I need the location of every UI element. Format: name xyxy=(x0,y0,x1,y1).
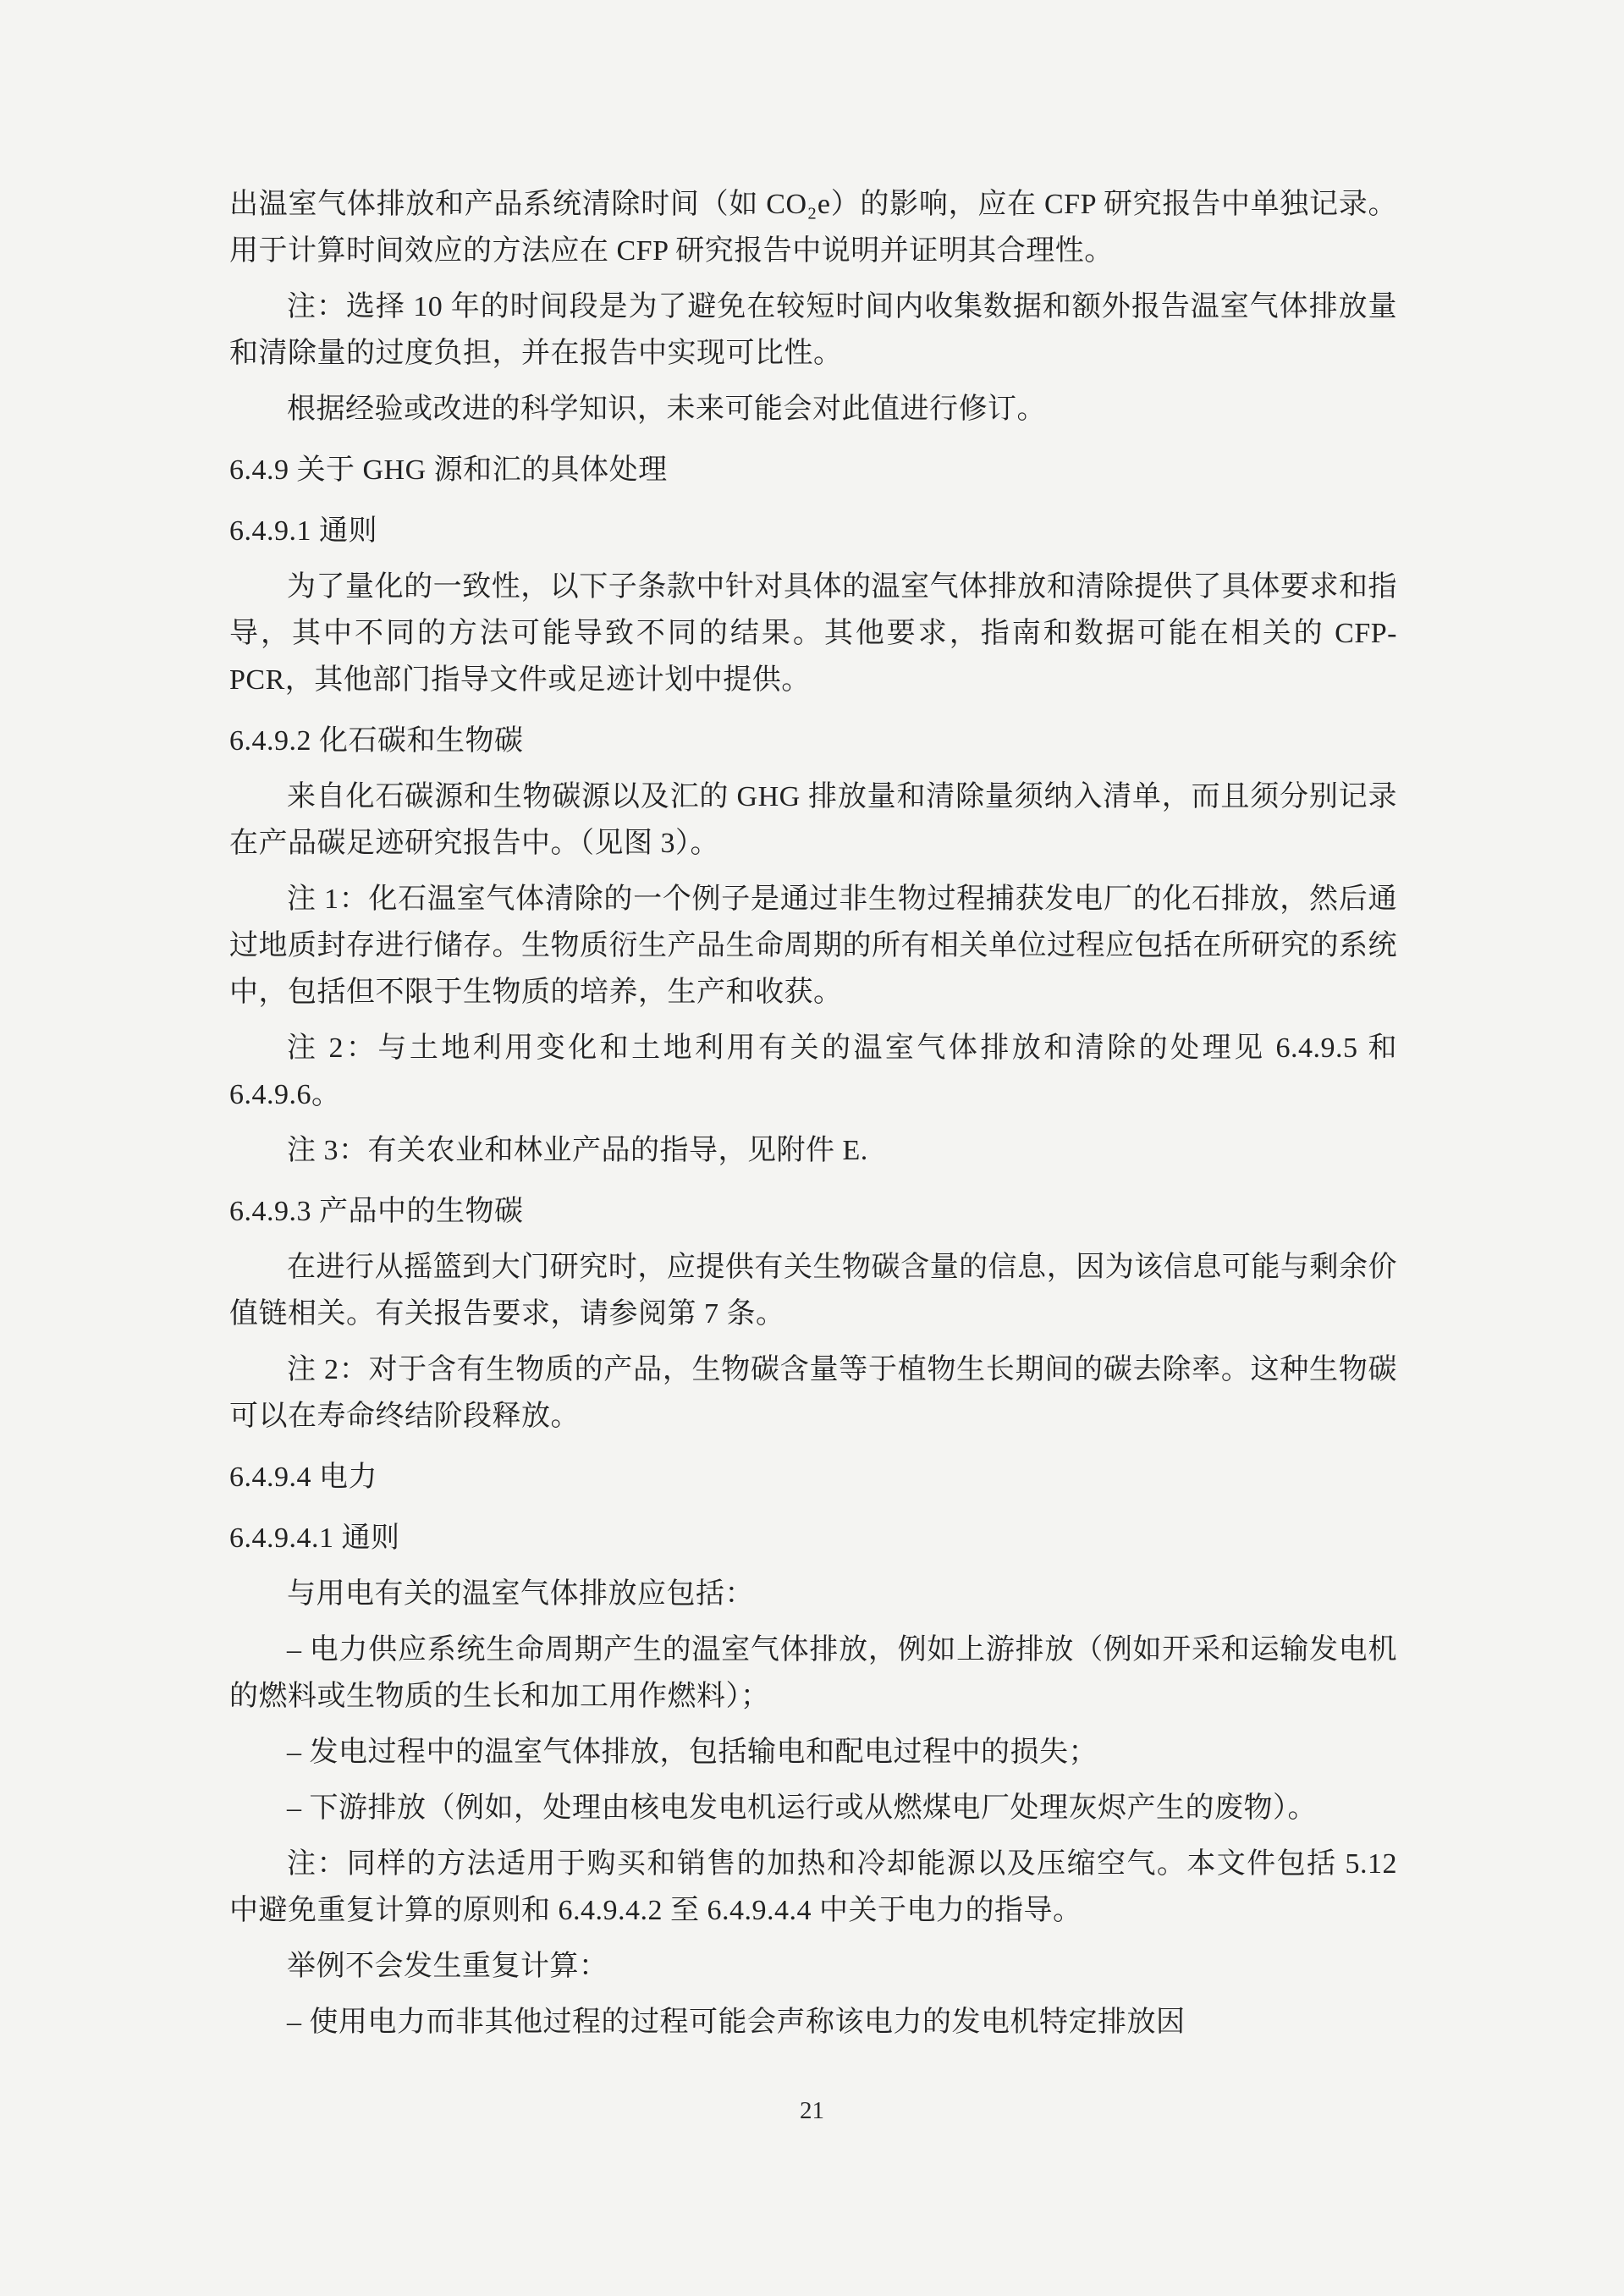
bullet-item: – 使用电力而非其他过程的过程可能会声称该电力的发电机特定排放因 xyxy=(229,1999,1397,2045)
section-heading: 6.4.9.1 通则 xyxy=(229,508,1397,554)
note-paragraph: 注 1：化石温室气体清除的一个例子是通过非生物过程捕获发电厂的化石排放，然后通过… xyxy=(229,876,1397,1016)
bullet-item: – 发电过程中的温室气体排放，包括输电和配电过程中的损失； xyxy=(229,1729,1397,1776)
paragraph: 为了量化的一致性，以下子条款中针对具体的温室气体排放和清除提供了具体要求和指导，… xyxy=(229,564,1397,703)
paragraph: 根据经验或改进的科学知识，未来可能会对此值进行修订。 xyxy=(229,386,1397,432)
paragraph: 在进行从摇篮到大门研究时，应提供有关生物碳含量的信息，因为该信息可能与剩余价值链… xyxy=(229,1244,1397,1337)
document-page: 出温室气体排放和产品系统清除时间（如 CO₂e）的影响，应在 CFP 研究报告中… xyxy=(0,0,1624,2296)
note-paragraph: 注：同样的方法适用于购买和销售的加热和冷却能源以及压缩空气。本文件包括 5.12… xyxy=(229,1841,1397,1934)
note-paragraph: 注 3：有关农业和林业产品的指导，见附件 E. xyxy=(229,1127,1397,1174)
section-heading: 6.4.9.4 电力 xyxy=(229,1454,1397,1500)
section-heading: 6.4.9.3 产品中的生物碳 xyxy=(229,1188,1397,1235)
paragraph-continued: 出温室气体排放和产品系统清除时间（如 CO₂e）的影响，应在 CFP 研究报告中… xyxy=(229,181,1397,274)
paragraph: 来自化石碳源和生物碳源以及汇的 GHG 排放量和清除量须纳入清单，而且须分别记录… xyxy=(229,774,1397,867)
bullet-item: – 下游排放（例如，处理由核电发电机运行或从燃煤电厂处理灰烬产生的废物）。 xyxy=(229,1785,1397,1831)
page-number: 21 xyxy=(0,2097,1624,2125)
note-paragraph: 注：选择 10 年的时间段是为了避免在较短时间内收集数据和额外报告温室气体排放量… xyxy=(229,284,1397,377)
section-heading: 6.4.9.4.1 通则 xyxy=(229,1515,1397,1561)
note-paragraph: 注 2：对于含有生物质的产品，生物碳含量等于植物生长期间的碳去除率。这种生物碳可… xyxy=(229,1346,1397,1440)
section-heading: 6.4.9 关于 GHG 源和汇的具体处理 xyxy=(229,447,1397,493)
paragraph: 与用电有关的温室气体排放应包括： xyxy=(229,1571,1397,1617)
page-content: 出温室气体排放和产品系统清除时间（如 CO₂e）的影响，应在 CFP 研究报告中… xyxy=(229,181,1397,2055)
paragraph: 举例不会发生重复计算： xyxy=(229,1943,1397,1990)
section-heading: 6.4.9.2 化石碳和生物碳 xyxy=(229,718,1397,764)
note-paragraph: 注 2：与土地利用变化和土地利用有关的温室气体排放和清除的处理见 6.4.9.5… xyxy=(229,1025,1397,1118)
bullet-item: – 电力供应系统生命周期产生的温室气体排放，例如上游排放（例如开采和运输发电机的… xyxy=(229,1627,1397,1720)
